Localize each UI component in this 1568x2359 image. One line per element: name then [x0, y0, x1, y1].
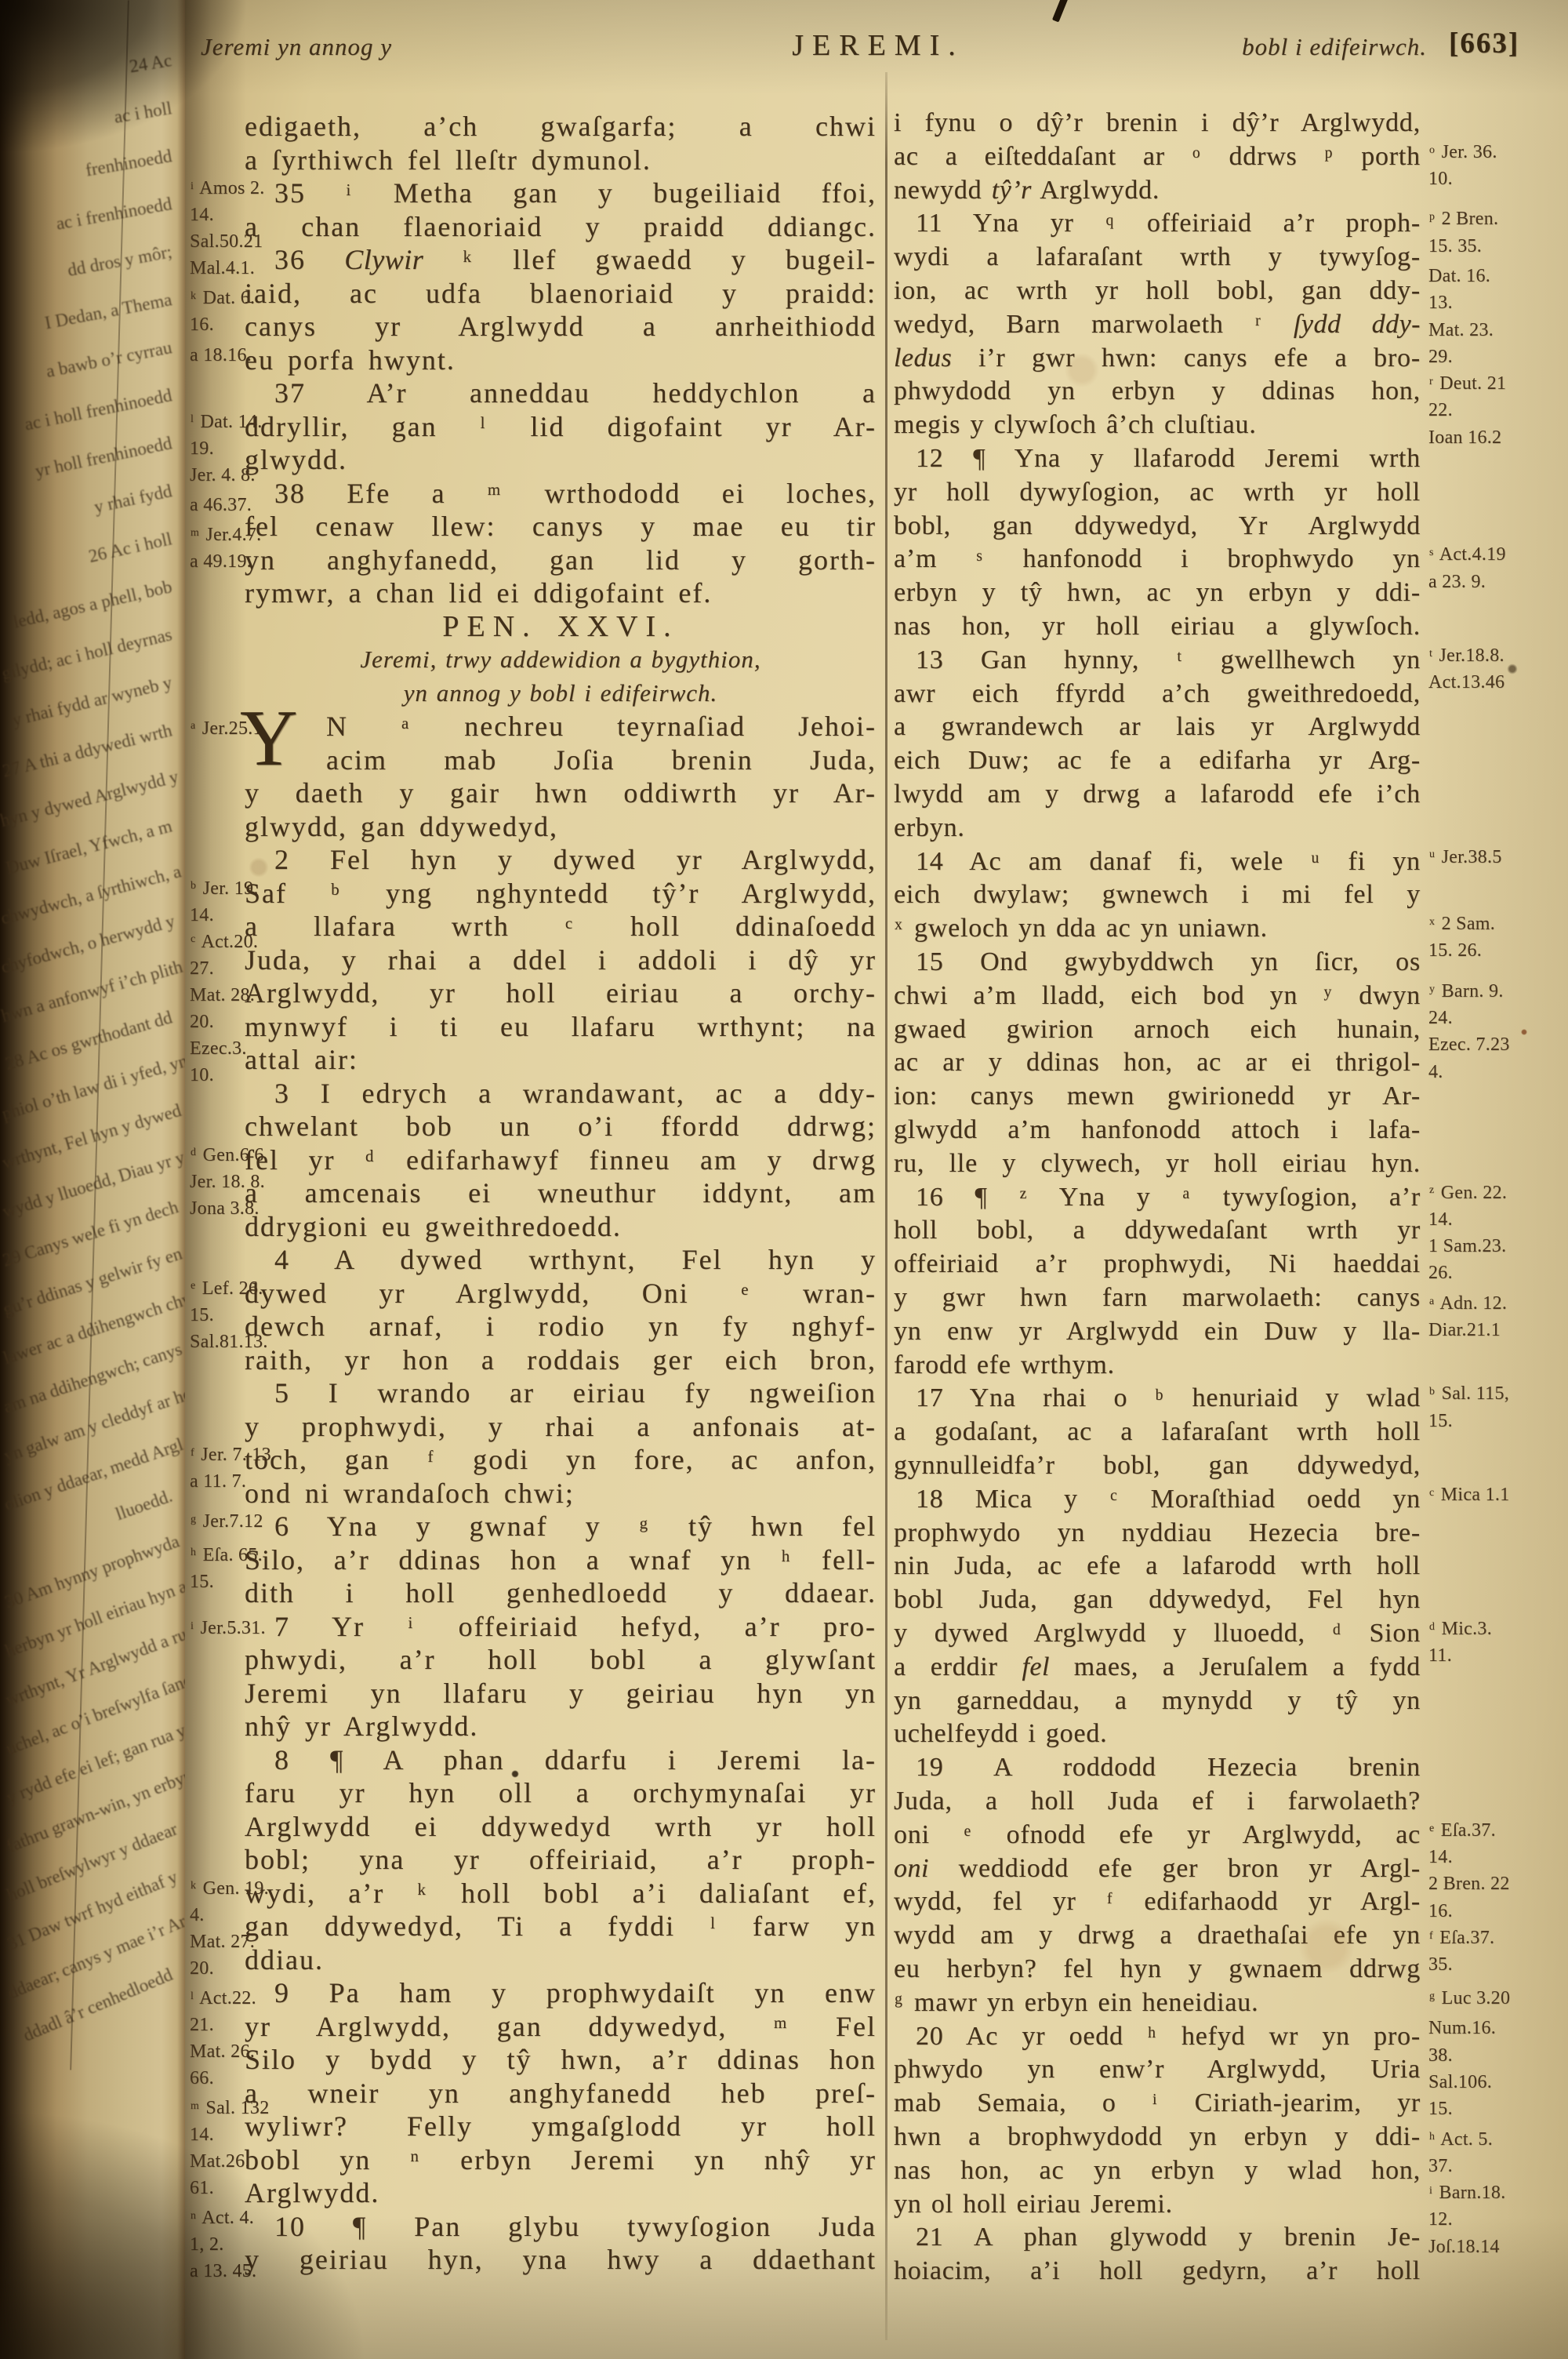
- text-line: eu porfa hwynt.: [245, 343, 877, 376]
- text-line: 4 A dywed wrthynt, Fel hyn y: [245, 1243, 877, 1276]
- text-line: iaid, ac udfa blaenoriaid y praidd:: [245, 277, 877, 310]
- text-line: newydd tŷ’r Arglwydd.: [894, 174, 1421, 207]
- margin-note: 20.: [190, 1010, 214, 1034]
- margin-note: Dat. 16.: [1428, 264, 1490, 288]
- margin-note: 20.: [190, 1957, 214, 1980]
- text-line: 21 A phan glywodd y brenin Je-: [894, 2221, 1421, 2254]
- text-line: 19 A roddodd Hezecia brenin: [894, 1751, 1421, 1784]
- text-line: Arglwydd, yr holl eiriau a orchy-: [245, 976, 877, 1009]
- margin-note: a Adn. 12.: [1428, 1292, 1507, 1318]
- margin-note: 2 Bren. 22: [1428, 1872, 1510, 1896]
- text-line: bobl yn n erbyn Jeremi yn nhŷ yr: [245, 2143, 877, 2180]
- margin-note: 15.: [1428, 2097, 1453, 2121]
- text-line: yn anghyfanedd, gan lid y gorth-: [245, 543, 877, 576]
- margin-note: 16.: [190, 313, 214, 336]
- margin-note: m Jer.4.7.: [190, 523, 262, 550]
- text-line: mynwyf i ti eu llafaru wrthynt; na: [245, 1010, 877, 1043]
- text-line: Silo, a’r ddinas hon a wnaf yn h fell-: [245, 1543, 877, 1580]
- text-line: fel yr d edifarhawyf finneu am y drwg: [245, 1143, 877, 1180]
- text-line: 3 I edrych a wrandawant, ac a ddy-: [245, 1077, 877, 1110]
- margin-note: 15.: [190, 1570, 214, 1594]
- text-line: gwaed gwirion arnoch eich hunain,: [894, 1013, 1421, 1046]
- text-line: ion: canys mewn gwirionedd yr Ar-: [894, 1080, 1421, 1113]
- text-line: 20 Ac yr oedd h hefyd wr yn pro-: [894, 2020, 1421, 2056]
- margin-note: t Jer.18.8.: [1428, 644, 1504, 671]
- text-line: chwi a’m lladd, eich bod yn y dwyn: [894, 980, 1421, 1016]
- margin-note: d Gen.6 6: [190, 1143, 264, 1170]
- margin-note: Mal.4.1.: [190, 256, 255, 280]
- text-line: Jeremi yn llafaru y geiriau hyn yn: [245, 1677, 877, 1710]
- margin-note: Sal.106.: [1428, 2070, 1492, 2094]
- margin-note: u Jer.38.5: [1428, 845, 1502, 872]
- text-line: y daeth y gair hwn oddiwrth yr Ar-: [245, 776, 877, 809]
- text-line: nhŷ yr Arglwydd.: [245, 1710, 877, 1743]
- text-line: glwydd a’m hanfonodd attoch i lafa-: [894, 1114, 1421, 1147]
- margin-note: Jer. 18. 8.: [190, 1170, 265, 1194]
- text-line: 5 I wrando ar eiriau fy ngweiſion: [245, 1376, 877, 1409]
- margin-note: i Barn.18.: [1428, 2181, 1506, 2208]
- margin-note: 26.: [1428, 1261, 1453, 1285]
- margin-note: s Act.4.19: [1428, 543, 1506, 569]
- margin-note: h Eſa. 65.: [190, 1543, 263, 1570]
- margin-note: 14.: [1428, 1845, 1453, 1869]
- margin-note: a 46.37.: [190, 493, 252, 517]
- margin-note: k Dat. 6.: [190, 286, 255, 313]
- margin-note: 1, 2.: [190, 2233, 224, 2256]
- margin-note: c Act.20.: [190, 930, 258, 957]
- margin-note: 15.: [190, 1303, 214, 1327]
- spine-fragment-line: I Dedan, a Thema: [0, 289, 173, 343]
- text-line: y prophwydi, y rhai a anfonais at-: [245, 1410, 877, 1443]
- spine-fragment-line: yr holl frenhinoedd: [0, 433, 174, 489]
- margin-note: a 49.19.: [190, 550, 252, 573]
- margin-note: g Jer.7.12: [190, 1510, 263, 1536]
- margin-note: 22.: [1428, 398, 1453, 422]
- text-line: hwn a brophwydodd yn erbyn y ddi-: [894, 2121, 1421, 2154]
- text-line: PEN. XXVI.: [245, 610, 877, 643]
- margin-note: Mat. 27.: [190, 1930, 255, 1954]
- spine-fragment-line: ledd, agos a phell, bob: [0, 576, 174, 635]
- margin-note: 27.: [190, 957, 214, 980]
- text-line: 13 Gan hynny, t gwellhewch yn: [894, 644, 1421, 680]
- margin-note: Mat. 26.: [190, 2040, 255, 2063]
- text-line: a’m s hanfonodd i brophwydo yn: [894, 543, 1421, 579]
- margin-note: f Jer. 7. 13: [190, 1443, 271, 1470]
- text-line: bobl; yna yr offeiriaid, a’r proph-: [245, 1843, 877, 1876]
- margin-note: f Eſa.37.: [1428, 1926, 1494, 1953]
- margin-note: 12.: [1428, 2208, 1453, 2231]
- text-line: dywed yr Arglwydd, Oni e wran-: [245, 1277, 877, 1314]
- text-line: eich dwylaw; gwnewch i mi fel y: [894, 878, 1421, 911]
- text-line: yn garneddau, a mynydd y tŷ yn: [894, 1685, 1421, 1717]
- margin-note: 13.: [1428, 291, 1453, 314]
- header-left-runner: Jeremi yn annog y: [201, 33, 392, 61]
- margin-note: 38.: [1428, 2044, 1453, 2067]
- margin-note: 10.: [190, 1063, 214, 1087]
- header-right-runner: bobl i edifeirwch.: [1098, 33, 1427, 61]
- margin-note: h Act. 5.: [1428, 2128, 1493, 2154]
- text-line: yn enw yr Arglwydd ein Duw y lla-: [894, 1315, 1421, 1348]
- text-line: 9 Pa ham y prophwydaiſt yn enw: [245, 1976, 877, 2009]
- margin-note: c Mica 1.1: [1428, 1483, 1510, 1510]
- margin-note: 14.: [190, 203, 214, 227]
- text-line: lwydd am y drwg a lafarodd efe i’ch: [894, 778, 1421, 811]
- text-line: 38 Efe a m wrthododd ei loches,: [245, 477, 877, 514]
- text-line: 14 Ac am danaf fi, wele u fi yn: [894, 845, 1421, 881]
- text-line: erbyn.: [894, 812, 1421, 845]
- text-line: wydd am y drwg a draethaſai efe yn: [894, 1919, 1421, 1952]
- text-line: attal air:: [245, 1043, 877, 1076]
- text-line: wydi, a’r k holl bobl a’i daliaſant ef,: [245, 1877, 877, 1914]
- text-line: megis y clywſoch â’ch cluſtiau.: [894, 409, 1421, 442]
- text-line: a chan flaenoriaid y praidd ddiangc.: [245, 210, 877, 243]
- margin-note: m Sal. 132: [190, 2096, 270, 2123]
- margin-note: b Jer. 19.: [190, 877, 259, 903]
- text-line: wedyd, Barn marwolaeth r ſydd ddy-: [894, 308, 1421, 344]
- margin-note: l Act.22.: [190, 1986, 256, 2013]
- text-line: a ſyrthiwch fel lleſtr dymunol.: [245, 144, 877, 176]
- margin-note: 14.: [190, 903, 214, 927]
- text-line: a wneir yn anghyfanedd heb preſ-: [245, 2077, 877, 2110]
- margin-note: Sal.50.21: [190, 230, 263, 253]
- text-line: yn ol holl eiriau Jeremi.: [894, 2188, 1421, 2221]
- text-line: fel cenaw llew: canys y mae eu tir: [245, 510, 877, 543]
- text-line: 17 Yna rhai o b henuriaid y wlad: [894, 1382, 1421, 1418]
- spine-fragment-line: 26 Ac i holl: [0, 529, 174, 587]
- text-line: phwydi, a’r holl bobl a glywſant: [245, 1643, 877, 1676]
- margin-note: 11.: [1428, 1644, 1452, 1667]
- text-line: raith, yr hon a roddais ger eich bron,: [245, 1343, 877, 1376]
- text-line: y geiriau hyn, yna hwy a ddaethant: [245, 2243, 877, 2276]
- text-line: faru yr hyn oll a orchymynaſai yr: [245, 1776, 877, 1809]
- text-line: 37 A’r anneddau heddychlon a: [245, 376, 877, 409]
- text-line: ac ar y ddinas hon, ac ar ei thrigol-: [894, 1046, 1421, 1079]
- margin-note: n Act. 4.: [190, 2206, 254, 2233]
- text-line: phwydo yn enw’r Arglwydd, Uria: [894, 2053, 1421, 2086]
- text-line: nin Juda, ac efe a lafarodd wrth holl: [894, 1550, 1421, 1583]
- text-line: nas hon, ac yn erbyn y wlad hon,: [894, 2154, 1421, 2187]
- spine-fragment-line: ac i frenhinoedd: [0, 194, 173, 245]
- text-line: a llafara wrth c holl ddinaſoedd: [245, 910, 877, 947]
- margin-note: 21.: [190, 2013, 214, 2037]
- text-line: ddiau.: [245, 1943, 877, 1976]
- margin-note: i Amos 2.: [190, 176, 265, 203]
- margin-note: 66.: [190, 2066, 214, 2090]
- text-line: a amcenais ei wneuthur iddynt, am: [245, 1176, 877, 1209]
- margin-note: Act.13.46: [1428, 671, 1504, 694]
- text-line: wyliwr? Felly ymgaſglodd yr holl: [245, 2110, 877, 2143]
- text-line: ond ni wrandaſoch chwi;: [245, 1477, 877, 1510]
- text-line: prophwydo yn nyddiau Hezecia bre-: [894, 1517, 1421, 1550]
- text-line: bobl, gan ddywedyd, Yr Arglwydd: [894, 510, 1421, 543]
- text-line: 7 Yr i offeiriaid hefyd, a’r pro-: [245, 1610, 877, 1647]
- text-line: Jeremi, trwy addewidion a bygythion,: [245, 643, 877, 676]
- spine-fragment-line: y rhai fydd ar wyneb y: [0, 672, 174, 733]
- margin-note: l Dat. 14.: [190, 410, 263, 437]
- text-line: eu herbyn? fel hyn y gwnaem ddrwg: [894, 1953, 1421, 1986]
- text-line: farodd efe wrthym.: [894, 1349, 1421, 1382]
- spine-fragment-line: gilydd; ac i holl deyrnas: [0, 624, 174, 685]
- margin-note: b Sal. 115,: [1428, 1382, 1509, 1408]
- text-line: yn annog y bobl i edifeirwch.: [245, 677, 877, 710]
- text-line: oni e ofnodd efe yr Arglwydd, ac: [894, 1819, 1421, 1855]
- margin-note: 24.: [1428, 1006, 1453, 1030]
- margin-note: y Barn. 9.: [1428, 980, 1504, 1006]
- text-line: oni weddiodd efe ger bron yr Argl-: [894, 1852, 1421, 1885]
- margin-note: 15. 26.: [1428, 939, 1482, 962]
- margin-note: 29.: [1428, 345, 1453, 369]
- text-line: Arglwydd ei ddywedyd wrth yr holl: [245, 1810, 877, 1843]
- text-line: wydd, fel yr f edifarhaodd yr Argl-: [894, 1885, 1421, 1921]
- text-line: ddrygioni eu gweithredoedd.: [245, 1210, 877, 1243]
- text-line: mab Semaia, o i Ciriath-jearim, yr: [894, 2087, 1421, 2123]
- margin-note: Ezec. 7.23: [1428, 1033, 1510, 1056]
- margin-note: x 2 Sam.: [1428, 912, 1495, 939]
- margin-note: 15. 35.: [1428, 234, 1482, 258]
- page-title: JEREMI.: [690, 28, 1066, 63]
- margin-note: 4.: [1428, 1060, 1443, 1084]
- text-line: gynnulleidfa’r bobl, gan ddywedyd,: [894, 1449, 1421, 1482]
- margin-note: e Eſa.37.: [1428, 1819, 1496, 1845]
- text-line: N a nechreu teyrnaſiad Jehoi-: [245, 710, 877, 747]
- text-line: awr eich ffyrdd a’ch gweithredoedd,: [894, 678, 1421, 711]
- text-line: Juda, a holl Juda ef i farwolaeth?: [894, 1785, 1421, 1818]
- text-line: holl bobl, a ddywedaſant wrth yr: [894, 1214, 1421, 1247]
- text-line: rymwr, a chan lid ei ddigofaint ef.: [245, 576, 877, 609]
- margin-note: Jona 3.8.: [190, 1197, 260, 1220]
- page-number: [663]: [1449, 27, 1519, 60]
- text-line: gan ddywedyd, Ti a fyddi l farw yn: [245, 1910, 877, 1946]
- text-line: offeiriaid a’r prophwydi, Ni haeddai: [894, 1248, 1421, 1281]
- text-line: x gweloch yn dda ac yn uniawn.: [894, 912, 1421, 948]
- text-line: 15 Ond gwybyddwch yn ſicr, os: [894, 946, 1421, 979]
- margin-note: e Lef. 26.: [190, 1277, 263, 1303]
- text-line: ac a eiſteddaſant ar o ddrws p porth: [894, 140, 1421, 176]
- spine-fragment-line: 24 Ac: [0, 50, 173, 98]
- margin-note: z Gen. 22.: [1428, 1181, 1507, 1208]
- text-line: acim mab Joſia brenin Juda,: [245, 743, 877, 776]
- text-line: canys yr Arglwydd a anrheithiodd: [245, 310, 877, 343]
- margin-note: 19.: [190, 437, 214, 460]
- text-line: 35 i Metha gan y bugeiliaid ffoi,: [245, 176, 877, 213]
- text-line: glwydd, gan ddywedyd,: [245, 810, 877, 843]
- text-line: a erddir fel maes, a Jeruſalem a fydd: [894, 1651, 1421, 1684]
- text-line: edigaeth, a’ch gwaſgarfa; a chwi: [245, 110, 877, 143]
- text-line: bobl Juda, gan ddywedyd, Fel hyn: [894, 1583, 1421, 1616]
- text-line: 6 Yna y gwnaf y g tŷ hwn fel: [245, 1510, 877, 1547]
- margin-note: Jer. 4. 8.: [190, 463, 256, 487]
- text-line: uchelfeydd i goed.: [894, 1717, 1421, 1750]
- margin-note: Mat.26.: [190, 2150, 250, 2173]
- margin-note: 1 Sam.23.: [1428, 1234, 1506, 1258]
- margin-note: g Luc 3.20: [1428, 1986, 1510, 2013]
- text-line: toch, gan f godi yn fore, ac anfon,: [245, 1443, 877, 1480]
- text-line: ledus i’r gwr hwn: canys efe a bro-: [894, 342, 1421, 375]
- column-divider: [885, 72, 887, 2340]
- text-line: Silo y bydd y tŷ hwn, a’r ddinas hon: [245, 2043, 877, 2076]
- photo-of-bible-page: { "colors": { "paper": "#e7d8ab", "ink":…: [0, 0, 1568, 2359]
- text-line: 2 Fel hyn y dywed yr Arglwydd,: [245, 843, 877, 876]
- text-line: 11 Yna yr q offeiriaid a’r proph-: [894, 207, 1421, 243]
- text-line: y dywed Arglwydd y lluoedd, d Sion: [894, 1617, 1421, 1653]
- text-line: erbyn y tŷ hwn, ac yn erbyn y ddi-: [894, 576, 1421, 609]
- text-line: 8 ¶ A phan ddarfu i Jeremi la-: [245, 1743, 877, 1776]
- text-line: dewch arnaf, i rodio yn fy nghyf-: [245, 1310, 877, 1343]
- margin-note: 35.: [1428, 1953, 1453, 1976]
- margin-note: Ioan 16.2: [1428, 426, 1501, 449]
- text-line: yr Arglwydd, gan ddywedyd, m Fel: [245, 2010, 877, 2047]
- margin-note: 14.: [190, 2123, 214, 2146]
- margin-note: Mat. 23.: [1428, 318, 1494, 342]
- text-line: nas hon, yr holl eiriau a glywſoch.: [894, 610, 1421, 643]
- drop-cap: Y: [240, 699, 298, 779]
- spine-fragment-line: frenhinoedd: [0, 146, 173, 196]
- margin-note: a 18.16.: [190, 343, 252, 367]
- spine-fragment-line: ac i holl: [0, 98, 173, 147]
- margin-note: a 23. 9.: [1428, 570, 1486, 594]
- previous-page-edge: 24 Acac i hollfrenhinoeddac i frenhinoed…: [0, 0, 185, 2359]
- text-line: y gwr hwn farn marwolaeth: canys: [894, 1281, 1421, 1314]
- margin-note: 16.: [1428, 1899, 1453, 1923]
- margin-note: 10.: [1428, 167, 1453, 191]
- text-line: i fynu o dŷ’r brenin i dŷ’r Arglwydd,: [894, 107, 1421, 140]
- margin-note: p 2 Bren.: [1428, 207, 1498, 234]
- text-line: 36 Clywir k llef gwaedd y bugeil-: [245, 243, 877, 280]
- text-line: hoiacim, a’i holl gedyrn, a’r holl: [894, 2255, 1421, 2288]
- margin-note: Joſ.18.14: [1428, 2235, 1500, 2259]
- text-line: yr holl dywyſogion, ac wrth yr holl: [894, 476, 1421, 509]
- margin-note: 14.: [1428, 1208, 1453, 1231]
- text-line: glwydd.: [245, 443, 877, 476]
- margin-note: k Gen. 19.: [190, 1877, 269, 1903]
- spine-fragment-line: a bawb o’r cyrrau: [0, 337, 174, 391]
- text-line: Juda, y rhai a ddel i addoli i dŷ yr: [245, 943, 877, 976]
- spine-fragment-line: y rhai fydd: [0, 481, 174, 538]
- text-line: Arglwydd.: [245, 2176, 877, 2209]
- spine-fragment-line: dd dros y môr;: [0, 242, 173, 293]
- text-line: g mawr yn erbyn ein heneidiau.: [894, 1986, 1421, 2023]
- text-line: 10 ¶ Pan glybu tywyſogion Juda: [245, 2210, 877, 2243]
- margin-note: 61.: [190, 2176, 214, 2200]
- margin-note: i Jer.5.31.: [190, 1616, 266, 1643]
- margin-note: 37.: [1428, 2154, 1453, 2178]
- text-line: ion, ac wrth yr holl bobl, gan ddy-: [894, 274, 1421, 307]
- text-line: eich Duw; ac fe a edifarha yr Arg-: [894, 744, 1421, 777]
- margin-note: r Deut. 21: [1428, 372, 1506, 398]
- margin-note: Mat. 28.: [190, 983, 255, 1007]
- margin-note: 15.: [1428, 1409, 1453, 1433]
- margin-note: Sal.81.13.: [190, 1330, 268, 1354]
- text-line: wydi a lafaraſant wrth y tywyſog-: [894, 241, 1421, 274]
- text-line: dith i holl genhedloedd y ddaear.: [245, 1576, 877, 1609]
- margin-note: a 13. 45.: [190, 2259, 256, 2283]
- spine-text: 24 Acac i hollfrenhinoeddac i frenhinoed…: [0, 50, 180, 2012]
- margin-note: 4.: [190, 1903, 205, 1927]
- spine-fragment-line: ac i holl frenhinoedd: [0, 385, 174, 440]
- text-line: ddryllir, gan l lid digofaint yr Ar-: [245, 410, 877, 447]
- margin-note: a 11. 7.: [190, 1470, 246, 1493]
- text-line: 18 Mica y c Moraſthiad oedd yn: [894, 1483, 1421, 1519]
- text-line: ru, lle y clywech, yr holl eiriau hyn.: [894, 1147, 1421, 1180]
- text-line: phwydodd yn erbyn y ddinas hon,: [894, 375, 1421, 408]
- margin-note: Diar.21.1: [1428, 1318, 1501, 1342]
- text-line: Saf b yng nghyntedd tŷ’r Arglwydd,: [245, 877, 877, 914]
- margin-note: Num.16.: [1428, 2016, 1496, 2040]
- margin-note: d Mic.3.: [1428, 1617, 1492, 1644]
- text-line: a godaſant, ac a lafaraſant wrth holl: [894, 1416, 1421, 1448]
- text-line: 16 ¶ z Yna y a tywyſogion, a’r: [894, 1181, 1421, 1217]
- text-line: a gwrandewch ar lais yr Arglwydd: [894, 711, 1421, 743]
- text-line: 12 ¶ Yna y llafarodd Jeremi wrth: [894, 442, 1421, 475]
- margin-note: Ezec.3.: [190, 1037, 247, 1060]
- margin-note: o Jer. 36.: [1428, 140, 1497, 167]
- text-line: chwelant bob un o’i ffordd ddrwg;: [245, 1110, 877, 1143]
